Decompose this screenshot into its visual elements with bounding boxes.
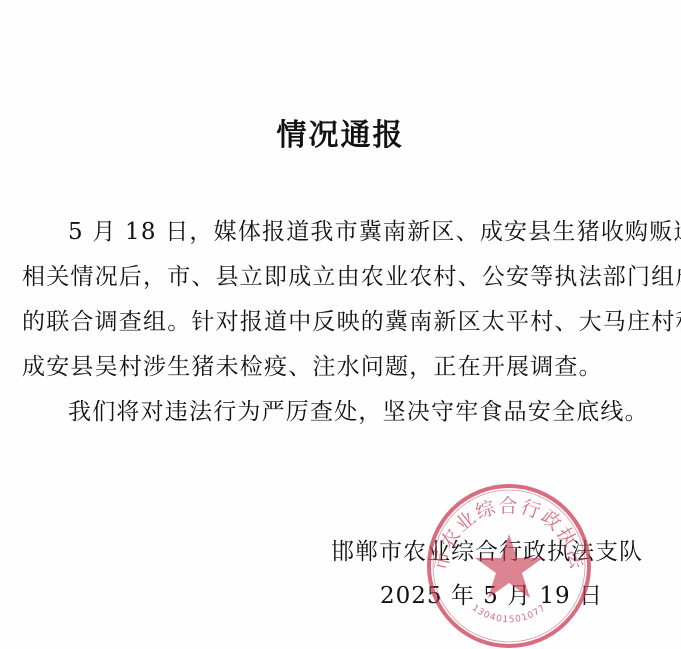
signature-organization: 邯郸市农业综合行政执法支队	[331, 530, 643, 574]
paragraph-1-line-1: 5 月 18 日，媒体报道我市冀南新区、成安县生猪收购贩运	[22, 210, 652, 255]
document-page: 情况通报 5 月 18 日，媒体报道我市冀南新区、成安县生猪收购贩运 相关情况后…	[0, 0, 681, 649]
paragraph-1-line-4: 成安县吴村涉生猪未检疫、注水问题，正在开展调查。	[22, 345, 652, 390]
paragraph-1-line-3: 的联合调查组。针对报道中反映的冀南新区太平村、大马庄村和	[22, 300, 652, 345]
signature-date: 2025 年 5 月 19 日	[331, 574, 643, 618]
document-body: 5 月 18 日，媒体报道我市冀南新区、成安县生猪收购贩运 相关情况后，市、县立…	[22, 210, 652, 435]
document-title: 情况通报	[0, 110, 681, 154]
paragraph-2-line-1: 我们将对违法行为严厉查处，坚决守牢食品安全底线。	[22, 390, 652, 435]
signature-block: 邯郸市农业综合行政执法支队 2025 年 5 月 19 日	[331, 530, 643, 618]
paragraph-1-line-2: 相关情况后，市、县立即成立由农业农村、公安等执法部门组成	[22, 255, 652, 300]
